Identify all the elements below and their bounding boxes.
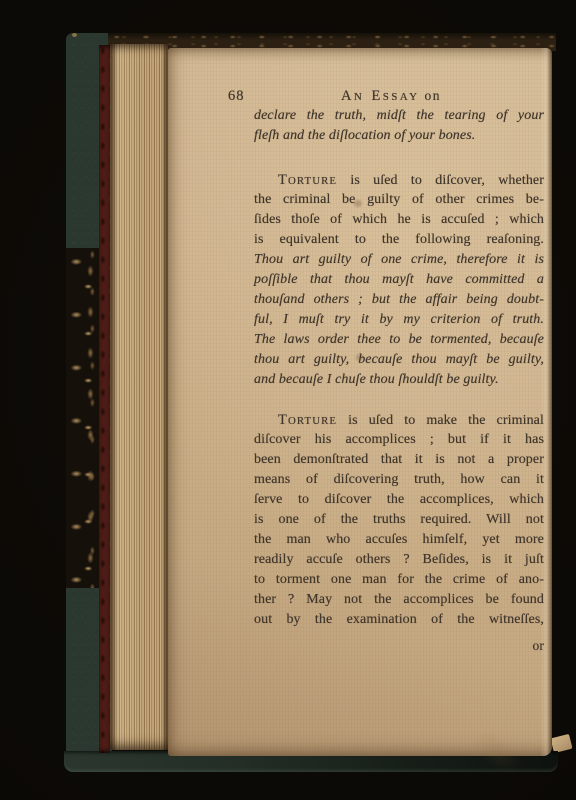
text-line: to torment one man for the crime of ano- (254, 570, 544, 590)
page-text-block: 68 AN ESSAYon declare the truth, midſt t… (254, 86, 544, 656)
lead-word-initial: T (278, 412, 288, 428)
book-photo: 68 AN ESSAYon declare the truth, midſt t… (0, 0, 576, 800)
text-line: means of diſcovering truth, how can it (254, 470, 544, 490)
text-line-rest: is uſed to make the criminal (337, 413, 544, 428)
text-line: thouſand others ; but the affair being d… (254, 290, 544, 310)
text-line: the criminal be guilty of other crimes b… (254, 190, 544, 210)
running-title-part: A (341, 88, 354, 104)
text-line: readily accuſe others ? Beſides, is it j… (254, 550, 544, 570)
catchword: or (254, 636, 544, 656)
text-line: diſcover his accomplices ; but if it has (254, 430, 544, 450)
text-line: and becauſe I chuſe thou ſhouldſt be gui… (254, 370, 544, 390)
board-corner-highlight (72, 33, 77, 37)
page-fore-edges (110, 44, 168, 750)
text-line: poſſible that thou mayſt have committed … (254, 270, 544, 290)
running-title-part: SSAY (383, 91, 420, 103)
text-line: ful, I muſt try it by my criterion of tr… (254, 310, 544, 330)
paragraph-1: TORTURE is uſed to diſcover, whether the… (254, 170, 544, 390)
paragraph-2: TORTURE is uſed to make the criminal diſ… (254, 410, 544, 630)
red-marbled-endpaper-strip (99, 45, 110, 753)
lead-word-caps: ORTURE (288, 175, 337, 187)
text-line: ſerve to diſcover the accomplices, which (254, 490, 544, 510)
lead-word-initial: T (278, 172, 288, 188)
text-line: ther ? May not the accomplices be found (254, 590, 544, 610)
text-line: fleſh and the diſlocation of your bones. (254, 126, 544, 146)
text-line: The laws order thee to be tormented, bec… (254, 330, 544, 350)
text-line: TORTURE is uſed to make the criminal (254, 410, 544, 430)
text-line: declare the truth, midſt the tearing of … (254, 106, 544, 126)
paragraph-gap (254, 146, 544, 170)
text-line: out by the examination of the witneſſes, (254, 610, 544, 630)
text-line: TORTURE is uſed to diſcover, whether (254, 170, 544, 190)
facing-page-edge (551, 33, 576, 772)
text-line: thou art guilty, becauſe thou mayſt be g… (254, 350, 544, 370)
text-line: Thou art guilty of one crime, therefore … (254, 250, 544, 270)
text-line: is one of the truths required. Will not (254, 510, 544, 530)
page-number: 68 (228, 86, 245, 106)
running-title-part: E (371, 88, 382, 104)
running-title-part: on (424, 88, 441, 103)
running-title: AN ESSAYon (341, 86, 441, 107)
lead-word-caps: ORTURE (288, 415, 337, 427)
text-line-rest: is uſed to diſcover, whether (337, 173, 544, 188)
page-header: 68 AN ESSAYon (254, 86, 544, 106)
book-page: 68 AN ESSAYon declare the truth, midſt t… (168, 48, 552, 756)
text-line: the man who accuſes himſelf, yet more (254, 530, 544, 550)
paragraph-gap (254, 390, 544, 410)
running-title-part: N (354, 91, 364, 103)
text-line: ſides thoſe of which he is accuſed ; whi… (254, 210, 544, 230)
text-line: been demonſtrated that it is not a prope… (254, 450, 544, 470)
text-line: is equivalent to the following reaſoning… (254, 230, 544, 250)
